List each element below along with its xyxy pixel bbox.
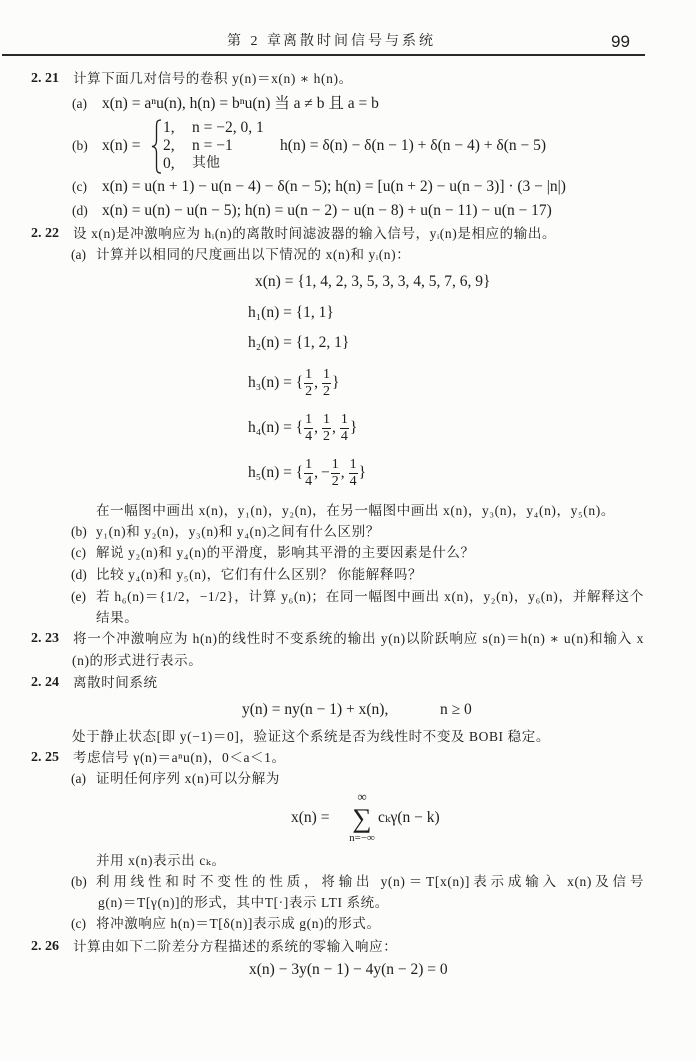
denominator: 4 [341,429,348,444]
denominator: 2 [323,429,330,444]
subpart-label-a: (a) [71,769,86,789]
subpart-text-c: 解说 y₂(n)和 y₄(n)的平滑度，影响其平滑的主要因素是什么？ [96,543,475,563]
subpart-text-c: 将冲激响应 h(n)＝T[δ(n)]表示成 g(n)的形式。 [96,914,381,934]
denominator: 4 [305,474,312,489]
equation-c: x(n) = u(n + 1) − u(n − 4) − δ(n − 5); h… [102,177,566,197]
problem-number: 2. 26 [31,937,59,957]
problem-number: 2. 25 [31,748,59,768]
piecewise-lhs: x(n) = [102,136,140,156]
h1-equation: h₁(n) = {1, 1} [248,303,334,323]
separator: , [314,374,318,392]
case-value: 1, [163,118,175,138]
fraction: 14 [304,413,313,444]
sum-lower-limit: n=−∞ [338,832,386,844]
subpart-label-b: (b) [72,136,88,156]
numerator: 1 [304,368,313,384]
decomposition-equation: x(n) = ∞ ∑ n=−∞ cₖγ(n − k) [291,790,461,846]
h2-equation: h₂(n) = {1, 2, 1} [248,333,349,353]
subpart-label-d: (d) [71,565,87,585]
subpart-text-a-continued: 并用 x(n)表示出 cₖ。 [96,851,226,871]
problem-number: 2. 21 [31,69,59,89]
subpart-label-e: (e) [71,587,86,607]
left-brace-icon [151,119,162,174]
equation-b-h: h(n) = δ(n) − δ(n − 1) + δ(n − 4) + δ(n … [280,136,546,156]
denominator: 4 [305,429,312,444]
subpart-label-b: (b) [71,872,87,892]
equation-close: } [332,374,339,392]
subpart-label-a: (a) [72,94,87,114]
subpart-text-a: 证明任何序列 x(n)可以分解为 [96,769,280,789]
numerator: 1 [340,413,349,429]
denominator: 2 [332,474,339,489]
header-rule [2,54,645,56]
separator: , [314,419,318,437]
problem-number: 2. 23 [31,629,59,649]
subpart-label-b: (b) [71,522,87,542]
subpart-label-d: (d) [72,201,88,221]
case-condition: n = −2, 0, 1 [192,118,264,138]
equation-condition: n ≥ 0 [440,700,472,720]
numerator: 1 [331,458,340,474]
fraction: 14 [349,458,358,489]
problem-statement: 将一个冲激响应为 h(n)的线性时不变系统的输出 y(n)以阶跃响应 s(n)＝… [73,629,644,649]
fraction: 12 [331,458,340,489]
equation-lhs: h₃(n) = { [248,374,303,392]
numerator: 1 [304,458,313,474]
subpart-label-c: (c) [71,543,86,563]
fraction: 12 [322,368,331,399]
h3-equation: h₃(n) = { 12 , 12 } [248,367,340,399]
subpart-text-b-continued: g(n)＝T[γ(n)]的形式，其中T[·]表示 LTI 系统。 [98,893,389,913]
page-number: 99 [611,31,630,53]
x-sequence-equation: x(n) = {1, 4, 2, 3, 5, 3, 3, 4, 5, 7, 6,… [255,272,490,292]
equation-lhs: x(n) = [291,808,329,828]
subpart-label-a: (a) [71,245,86,265]
problem-number: 2. 24 [31,673,59,693]
separator: , [341,464,345,482]
difference-equation: y(n) = ny(n − 1) + x(n), [242,700,388,720]
summation-icon: ∑ [342,804,382,832]
chapter-number: 第 2 章 [227,32,284,52]
equation-lhs: h₅(n) = { [248,464,303,482]
numerator: 1 [322,413,331,429]
problem-statement: 考虑信号 γ(n)＝aⁿu(n)，0＜a＜1。 [73,748,286,768]
case-condition: 其他 [192,154,220,174]
subpart-label-c: (c) [72,177,87,197]
h5-equation: h₅(n) = { 14 , − 12 , 14 } [248,457,366,489]
chapter-title: 离散时间信号与系统 [283,32,436,52]
difference-equation: x(n) − 3y(n − 1) − 4y(n − 2) = 0 [249,960,448,980]
minus-sign: − [321,464,330,482]
problem-statement: 离散时间系统 [73,673,158,693]
equation-a: x(n) = aⁿu(n), h(n) = bⁿu(n) 当 a ≠ b 且 a… [102,94,379,114]
denominator: 2 [305,384,312,399]
subpart-label-c: (c) [71,914,86,934]
subpart-text-e-continued: 结果。 [96,608,138,628]
equation-close: } [350,419,357,437]
plot-instruction: 在一幅图中画出 x(n)，y₁(n)，y₂(n)，在另一幅图中画出 x(n)，y… [96,501,615,521]
equation-close: } [359,464,366,482]
subpart-text-b: y₁(n)和 y₂(n)，y₃(n)和 y₄(n)之间有什么区别？ [96,522,380,542]
equation-d: x(n) = u(n) − u(n − 5); h(n) = u(n − 2) … [102,201,552,221]
numerator: 1 [304,413,313,429]
case-value: 2, [163,136,175,156]
problem-statement-continued: (n)的形式进行表示。 [72,651,202,671]
numerator: 1 [349,458,358,474]
fraction: 12 [322,413,331,444]
denominator: 2 [323,384,330,399]
fraction: 12 [304,368,313,399]
h4-equation: h₄(n) = { 14 , 12 , 14 } [248,412,357,444]
denominator: 4 [350,474,357,489]
subpart-text-e: 若 h₆(n)＝{1/2，−1/2}，计算 y₆(n)；在同一幅图中画出 x(n… [96,587,644,607]
fraction: 14 [304,458,313,489]
problem-statement-continued: 处于静止状态[即 y(−1)＝0]，验证这个系统是否为线性时不变及 BOBI 稳… [72,727,550,747]
numerator: 1 [322,368,331,384]
separator: , [332,419,336,437]
problem-statement: 计算下面几对信号的卷积 y(n)＝x(n) ∗ h(n)。 [73,69,353,89]
fraction: 14 [340,413,349,444]
sum-body: cₖγ(n − k) [378,808,440,828]
problem-number: 2. 22 [31,224,59,244]
subpart-text-d: 比较 y₄(n)和 y₅(n)，它们有什么区别？ 你能解释吗？ [96,565,422,585]
separator: , [314,464,318,482]
subpart-text-b: 利用线性和时不变性的性质，将输出 y(n)＝T[x(n)]表示成输入 x(n)及… [96,872,644,892]
sum-upper-limit: ∞ [342,790,382,804]
problem-statement: 设 x(n)是冲激响应为 hᵢ(n)的离散时间滤波器的输入信号，yᵢ(n)是相应… [73,224,556,244]
equation-lhs: h₄(n) = { [248,419,303,437]
case-condition: n = −1 [192,136,233,156]
problem-statement: 计算由如下二阶差分方程描述的系统的零输入响应： [73,937,397,957]
subpart-text-a: 计算并以相同的尺度画出以下情况的 x(n)和 yᵢ(n)： [96,245,410,265]
case-value: 0, [163,154,175,174]
